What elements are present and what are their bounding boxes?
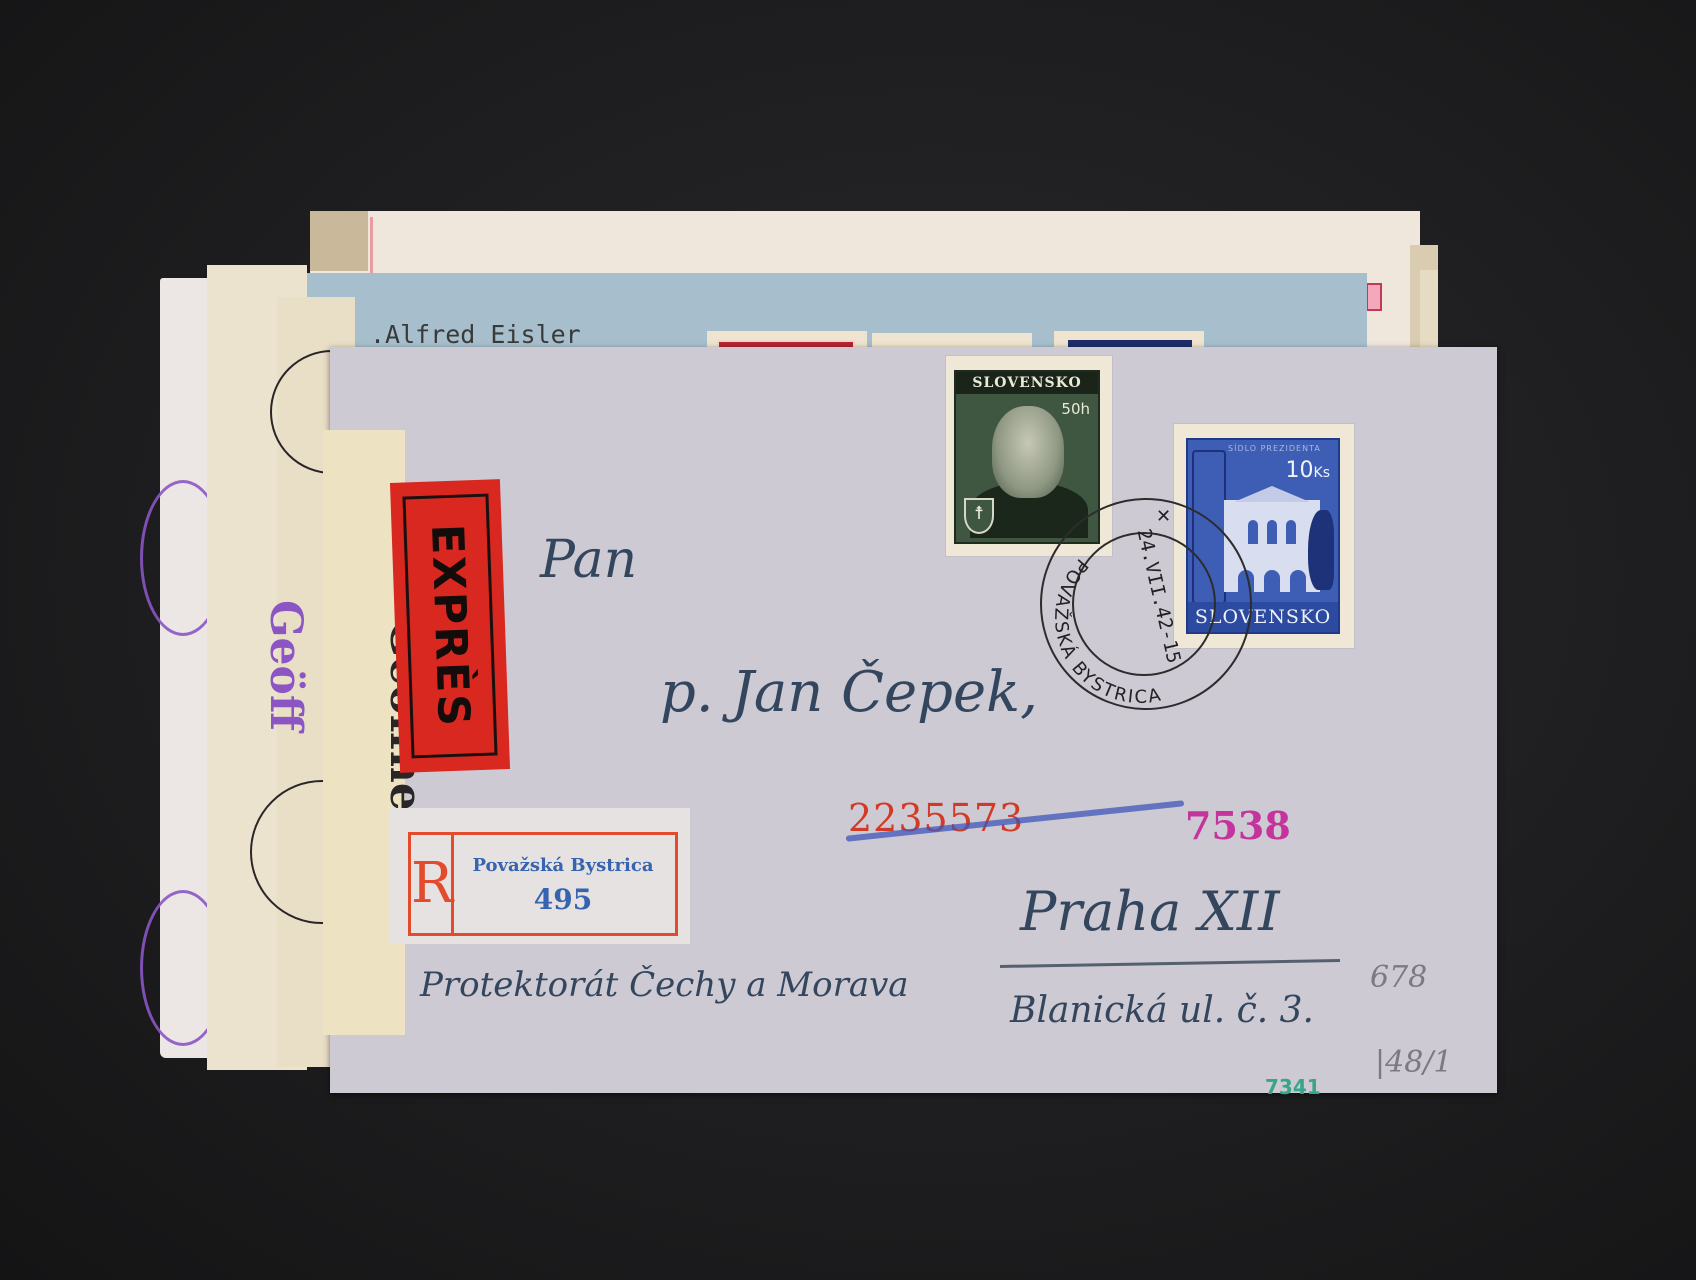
stamp-value: 50h (1061, 400, 1090, 418)
address-country: Protektorát Čechy a Morava (420, 965, 909, 1005)
registration-letter: R (411, 835, 454, 933)
teal-number: 7341 (1265, 1075, 1321, 1099)
portrait (992, 406, 1064, 498)
registration-office: Považská Bystrica (451, 855, 675, 876)
double-cross-icon: ☨ (964, 498, 994, 534)
pencil-note: |48/1 (1375, 1045, 1452, 1080)
express-label: EXPRÈS (390, 479, 510, 773)
pink-label-fragment (1366, 283, 1382, 311)
recipient-name: p. Jan Čepek, (660, 660, 1038, 725)
tape-strip (310, 211, 368, 271)
pencil-note: 678 (1370, 960, 1427, 995)
stamp-country: SLOVENSKO (956, 372, 1098, 394)
registry-number-magenta: 7538 (1185, 803, 1291, 848)
address-city: Praha XII (1020, 880, 1280, 943)
address-street: Blanická ul. č. 3. (1010, 990, 1314, 1031)
stamp-value-unit: Ks (1314, 465, 1330, 481)
registration-label: R Považská Bystrica 495 (390, 808, 690, 944)
postmark-cross-icon: ✕ (1156, 506, 1171, 527)
registration-number: 495 (451, 883, 675, 916)
express-text: EXPRÈS (421, 523, 479, 729)
stamp-caption: SÍDLO PREZIDENTA (1228, 444, 1321, 453)
stamp-value-num: 10 (1286, 458, 1314, 483)
censor-text-partial: Geöff (260, 600, 311, 731)
salutation: Pan (540, 530, 637, 590)
tree-icon (1308, 510, 1334, 590)
typed-sender: .Alfred Eisler (370, 320, 581, 349)
stamp-value: 10Ks (1286, 458, 1330, 483)
red-censor-mark (370, 217, 413, 277)
